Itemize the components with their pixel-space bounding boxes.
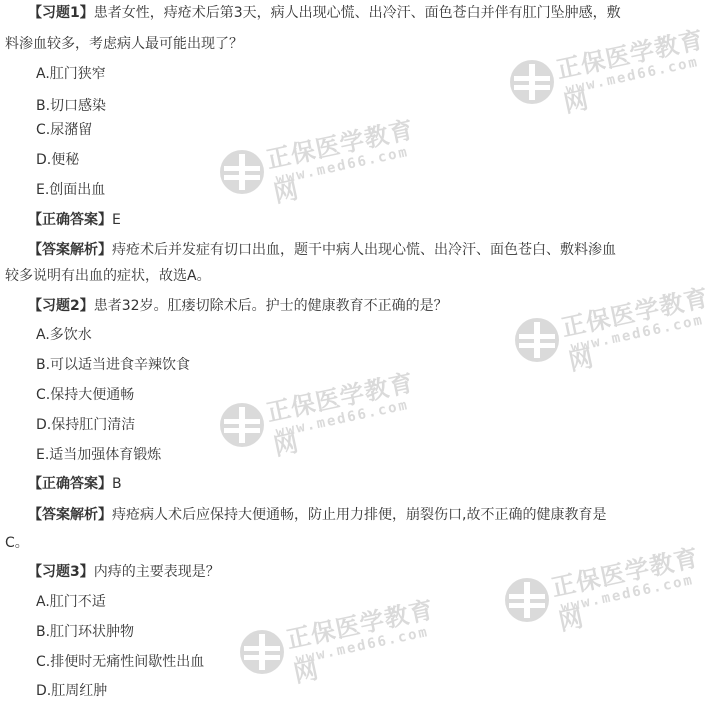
- watermark-logo-icon: [515, 318, 559, 362]
- q1-analysis: 【答案解析】痔疮术后并发症有切口出血，题干中病人出现心慌、出冷汗、面色苍白、敷料…: [28, 240, 616, 260]
- watermark: 正保医学教育网 www.med66.com: [220, 132, 420, 212]
- q3-option-a: A.肛门不适: [36, 592, 106, 612]
- watermark: 正保医学教育网 www.med66.com: [510, 42, 710, 122]
- q3-option-d: D.肛周红肿: [36, 681, 107, 701]
- q1-analysis-cont: 较多说明有出血的症状，故选A。: [5, 266, 211, 286]
- q2-answer: 【正确答案】B: [28, 474, 122, 494]
- q2-option-e: E.适当加强体育锻炼: [36, 445, 161, 465]
- question-2-label: 【习题2】: [28, 298, 94, 314]
- q2-option-a: A.多饮水: [36, 325, 92, 345]
- q1-option-c: C.尿潴留: [36, 120, 92, 140]
- question-3-label: 【习题3】: [28, 564, 94, 580]
- watermark-logo-icon: [220, 403, 264, 447]
- watermark: 正保医学教育网 www.med66.com: [220, 385, 420, 465]
- q1-option-d: D.便秘: [36, 150, 79, 170]
- watermark: 正保医学教育网 www.med66.com: [515, 300, 715, 380]
- question-2-stem: 【习题2】患者32岁。肛瘘切除术后。护士的健康教育不正确的是？: [28, 296, 448, 316]
- watermark-logo-icon: [240, 630, 284, 674]
- question-1-stem-cont: 料渗血较多，考虑病人最可能出现了？: [5, 34, 243, 54]
- q3-option-b: B.肛门环状肿物: [36, 622, 134, 642]
- q2-option-d: D.保持肛门清洁: [36, 415, 135, 435]
- question-3-stem: 【习题3】内痔的主要表现是？: [28, 562, 220, 582]
- q1-option-a: A.肛门狭窄: [36, 64, 106, 84]
- q1-option-b: B.切口感染: [36, 96, 106, 116]
- watermark-logo-icon: [220, 150, 264, 194]
- question-1-label: 【习题1】: [28, 5, 94, 21]
- watermark: 正保医学教育网 www.med66.com: [505, 560, 705, 640]
- watermark-logo-icon: [505, 578, 549, 622]
- q2-option-c: C.保持大便通畅: [36, 385, 134, 405]
- q2-analysis: 【答案解析】痔疮病人术后应保持大便通畅，防止用力排便，崩裂伤口,故不正确的健康教…: [28, 505, 606, 525]
- watermark-logo-icon: [510, 60, 554, 104]
- watermark: 正保医学教育网 www.med66.com: [240, 612, 440, 692]
- q2-option-b: B.可以适当进食辛辣饮食: [36, 355, 190, 375]
- question-1-stem: 【习题1】患者女性，痔疮术后第3天，病人出现心慌、出冷汗、面色苍白并伴有肛门坠肿…: [28, 3, 621, 23]
- q1-answer: 【正确答案】E: [28, 210, 121, 230]
- q1-option-e: E.创面出血: [36, 180, 105, 200]
- q3-option-c: C.排便时无痛性间歇性出血: [36, 652, 204, 672]
- q2-analysis-cont: C。: [5, 533, 29, 553]
